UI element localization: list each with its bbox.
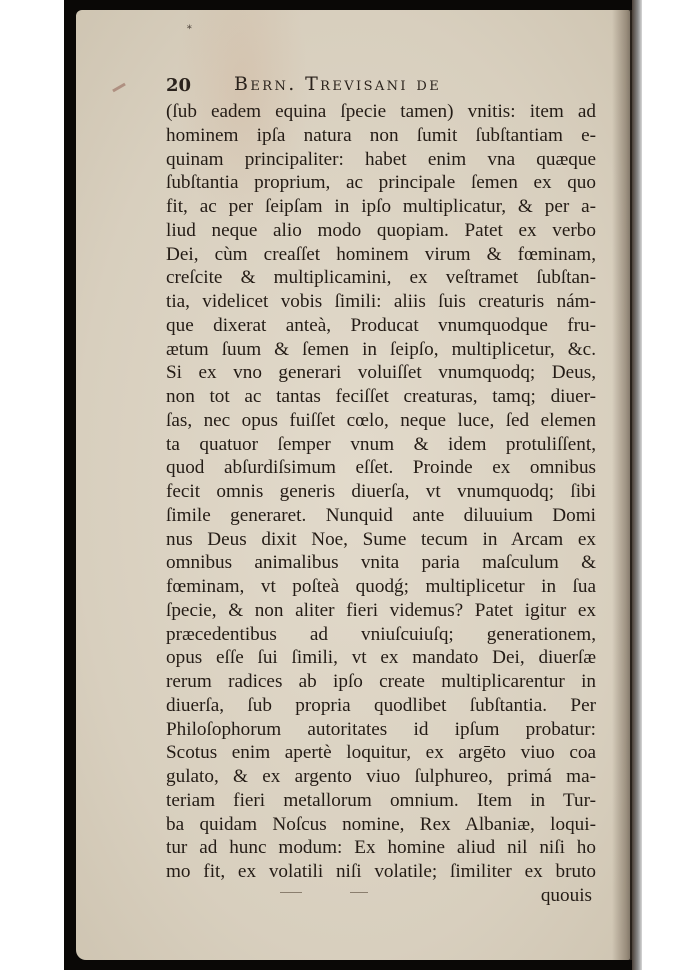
text-line: non tot ac tantas feciſſet creaturas, ta… [166, 385, 596, 409]
book-binding-edge [632, 0, 642, 970]
page-gutter-shadow [612, 10, 632, 960]
text-line: creſcite & multiplicamini, ex veſtramet … [166, 266, 596, 290]
text-line: ta quatuor ſemper vnum & idem protuliſſe… [166, 433, 596, 457]
text-line: Dei, cùm creaſſet hominem virum & fœmina… [166, 243, 596, 267]
text-line: ſimile generaret. Nunquid ante diluuium … [166, 504, 596, 528]
text-line: Scotus enim apertè loquitur, ex argēto v… [166, 741, 596, 765]
text-line: fœminam, vt poſteà quodǵ; multiplicetur … [166, 575, 596, 599]
text-line: quod abſurdiſsimum eſſet. Proinde ex omn… [166, 456, 596, 480]
text-line: tia, videlicet vobis ſimili: aliis ſuis … [166, 290, 596, 314]
text-line: ſubſtantia proprium, ac principale ſemen… [166, 171, 596, 195]
text-line: tur ad hunc modum: Ex homine aliud nil n… [166, 836, 596, 860]
text-line: omnibus animalibus vnita paria maſculum … [166, 551, 596, 575]
text-line: mo fit, ex volatili niſi volatile; ſimil… [166, 860, 596, 884]
text-line: que dixerat anteà, Producat vnumquodque … [166, 314, 596, 338]
body-text: (ſub eadem equina ſpecie tamen) vnitis: … [166, 100, 596, 908]
page-number: 20 [166, 75, 191, 96]
page-header: 20 Bern. Trevisani de [166, 73, 606, 99]
text-line: liud neque alio modo quopiam. Patet ex v… [166, 219, 596, 243]
text-line: opus eſſe ſui ſimili, vt ex mandato Dei,… [166, 646, 596, 670]
text-line: Si ex vno generari voluiſſet vnumquodq; … [166, 361, 596, 385]
text-line: ſas, nec opus fuiſſet cœlo, neque luce, … [166, 409, 596, 433]
text-line: fit, ac per ſeipſam in ipſo multiplicatu… [166, 195, 596, 219]
text-line: ſpecie, & non aliter fieri videmus? Pate… [166, 599, 596, 623]
text-line: quinam principaliter: habet enim vna quæ… [166, 148, 596, 172]
text-line: diuerſa, ſub propria quodlibet ſubſtanti… [166, 694, 596, 718]
text-line: (ſub eadem equina ſpecie tamen) vnitis: … [166, 100, 596, 124]
text-line: hominem ipſa natura non ſumit ſubſtantia… [166, 124, 596, 148]
text-line: ba quidam Noſcus nomine, Rex Albaniæ, lo… [166, 813, 596, 837]
text-line: teriam fieri metallorum omnium. Item in … [166, 789, 596, 813]
text-line: præcedentibus ad vniuſcuiuſq; generation… [166, 623, 596, 647]
text-line: rerum radices ab ipſo create multiplicar… [166, 670, 596, 694]
text-line: gulato, & ex argento viuo ſulphureo, pri… [166, 765, 596, 789]
signature-mark: ∗ [186, 22, 193, 33]
text-line: Philoſophorum autoritates id ipſum proba… [166, 718, 596, 742]
text-line: fecit omnis generis diuerſa, vt vnumquod… [166, 480, 596, 504]
catchword: quouis [166, 884, 596, 908]
text-line: ætum ſuum & ſemen in ſeipſo, multiplicet… [166, 338, 596, 362]
footer-rule [280, 892, 410, 894]
text-line: nus Deus dixit Noe, Sume tecum in Arcam … [166, 528, 596, 552]
running-title: Bern. Trevisani de [234, 73, 441, 95]
